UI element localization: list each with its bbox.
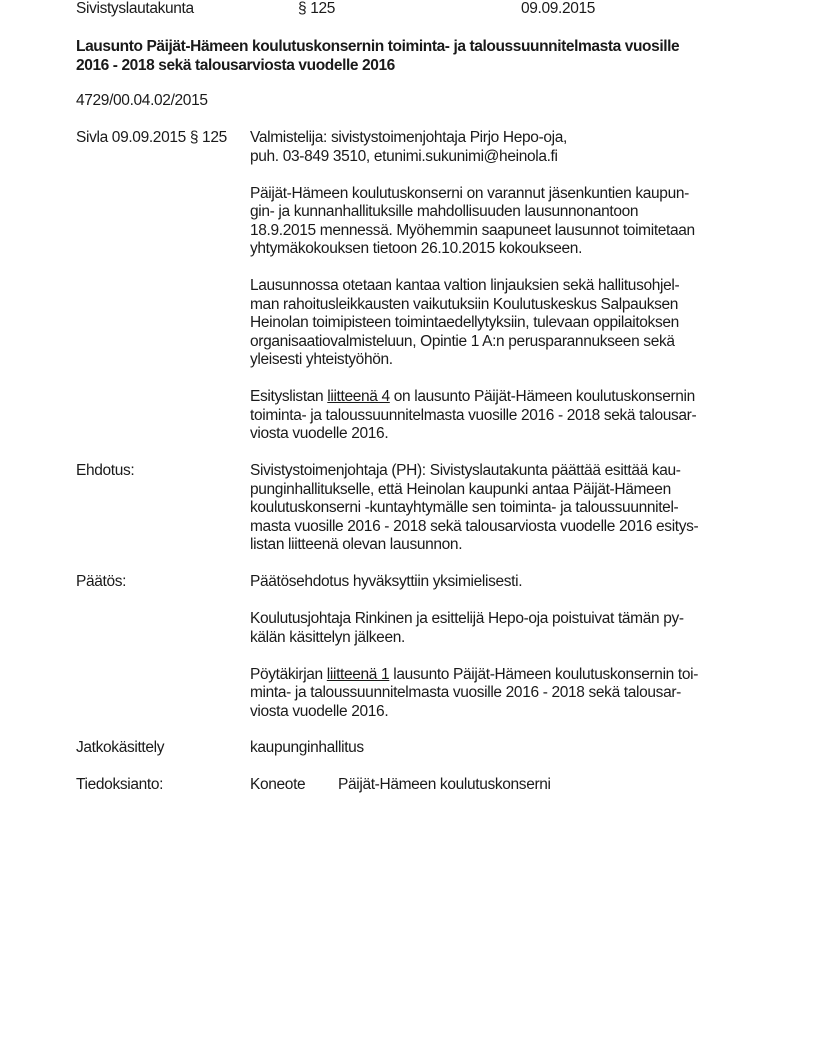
text-line: organisaatiovalmisteluun, Opintie 1 A:n … bbox=[250, 333, 750, 352]
text-line: Lausunnossa otetaan kantaa valtion linja… bbox=[250, 277, 750, 296]
section-number: § 125 bbox=[298, 0, 335, 18]
text-line: Sivistystoimenjohtaja (PH): Sivistyslaut… bbox=[250, 462, 750, 481]
text-line: man rahoitusleikkausten vaikutuksiin Kou… bbox=[250, 296, 750, 315]
preparation-body: Valmistelija: sivistystoimenjohtaja Pirj… bbox=[250, 129, 750, 462]
text-line: Koulutusjohtaja Rinkinen ja esittelijä H… bbox=[250, 610, 750, 629]
text-line: Päijät-Hämeen koulutuskonserni on varann… bbox=[250, 185, 750, 204]
text-line: Heinolan toimipisteen toimintaedellytyks… bbox=[250, 314, 750, 333]
proposal-body: Sivistystoimenjohtaja (PH): Sivistyslaut… bbox=[250, 462, 750, 573]
background-paragraph: Päijät-Hämeen koulutuskonserni on varann… bbox=[250, 185, 750, 259]
title-line-2: 2016 - 2018 sekä talousarviosta vuodelle… bbox=[76, 57, 776, 76]
committee-name: Sivistyslautakunta bbox=[76, 0, 194, 18]
text-line: yhtymäkokouksen tietoon 26.10.2015 kokou… bbox=[250, 240, 750, 259]
text-line: punginhallitukselle, että Heinolan kaupu… bbox=[250, 481, 750, 500]
further-handling-value: kaupunginhallitus bbox=[250, 739, 750, 758]
text-line: Esityslistan liitteenä 4 on lausunto Päi… bbox=[250, 388, 750, 407]
proposal-label: Ehdotus: bbox=[76, 462, 134, 480]
notification-label: Tiedoksianto: bbox=[76, 776, 163, 794]
text-line: toiminta- ja taloussuunnitelmasta vuosil… bbox=[250, 407, 750, 426]
text-line: yleisesti yhteistyöhön. bbox=[250, 351, 750, 370]
preparer-line: Valmistelija: sivistystoimenjohtaja Pirj… bbox=[250, 129, 750, 148]
text-line: viosta vuodelle 2016. bbox=[250, 703, 750, 722]
text-line: listan liitteenä olevan lausunnon. bbox=[250, 536, 750, 555]
minutes-attachment-paragraph: Pöytäkirjan liitteenä 1 lausunto Päijät-… bbox=[250, 666, 750, 722]
text-line: Pöytäkirjan liitteenä 1 lausunto Päijät-… bbox=[250, 666, 750, 685]
notification-body: Koneote Päijät-Hämeen koulutuskonserni bbox=[250, 776, 750, 795]
text-line: koulutuskonserni -kuntayhtymälle sen toi… bbox=[250, 499, 750, 518]
statement-content-paragraph: Lausunnossa otetaan kantaa valtion linja… bbox=[250, 277, 750, 370]
agenda-attachment-paragraph: Esityslistan liitteenä 4 on lausunto Päi… bbox=[250, 388, 750, 444]
text-line: viosta vuodelle 2016. bbox=[250, 425, 750, 444]
text-fragment: Esityslistan bbox=[250, 388, 327, 405]
notification-recipient: Päijät-Hämeen koulutuskonserni bbox=[338, 776, 551, 795]
decision-body: Päätösehdotus hyväksyttiin yksimielisest… bbox=[250, 573, 750, 740]
attachment-link[interactable]: liitteenä 4 bbox=[327, 388, 390, 405]
document-title: Lausunto Päijät-Hämeen koulutuskonsernin… bbox=[76, 38, 776, 75]
preparation-label: Sivla 09.09.2015 § 125 bbox=[76, 129, 227, 147]
text-line: masta vuosille 2016 - 2018 sekä talousar… bbox=[250, 518, 750, 537]
notification-method: Koneote bbox=[250, 776, 305, 793]
text-line: 18.9.2015 mennessä. Myöhemmin saapuneet … bbox=[250, 222, 750, 241]
case-number: 4729/00.04.02/2015 bbox=[76, 92, 208, 110]
decision-label: Päätös: bbox=[76, 573, 126, 591]
text-fragment: Pöytäkirjan bbox=[250, 666, 327, 683]
further-handling-label: Jatkokäsittely bbox=[76, 739, 164, 757]
attachment-link[interactable]: liitteenä 1 bbox=[327, 666, 390, 683]
decision-text: Päätösehdotus hyväksyttiin yksimielisest… bbox=[250, 573, 750, 592]
title-line-1: Lausunto Päijät-Hämeen koulutuskonsernin… bbox=[76, 38, 776, 57]
text-line: gin- ja kunnanhallituksille mahdollisuud… bbox=[250, 203, 750, 222]
proposal-text: Sivistystoimenjohtaja (PH): Sivistyslaut… bbox=[250, 462, 750, 555]
text-fragment: lausunto Päijät-Hämeen koulutuskonsernin… bbox=[389, 666, 698, 683]
text-fragment: on lausunto Päijät-Hämeen koulutuskonser… bbox=[390, 388, 695, 405]
text-line: minta- ja taloussuunnitelmasta vuosille … bbox=[250, 684, 750, 703]
text-line: Päätösehdotus hyväksyttiin yksimielisest… bbox=[250, 573, 750, 592]
preparer-info: Valmistelija: sivistystoimenjohtaja Pirj… bbox=[250, 129, 750, 166]
text-line: kälän käsittelyn jälkeen. bbox=[250, 629, 750, 648]
contact-line: puh. 03-849 3510, etunimi.sukunimi@heino… bbox=[250, 148, 750, 167]
meeting-date: 09.09.2015 bbox=[521, 0, 595, 18]
departure-note: Koulutusjohtaja Rinkinen ja esittelijä H… bbox=[250, 610, 750, 647]
